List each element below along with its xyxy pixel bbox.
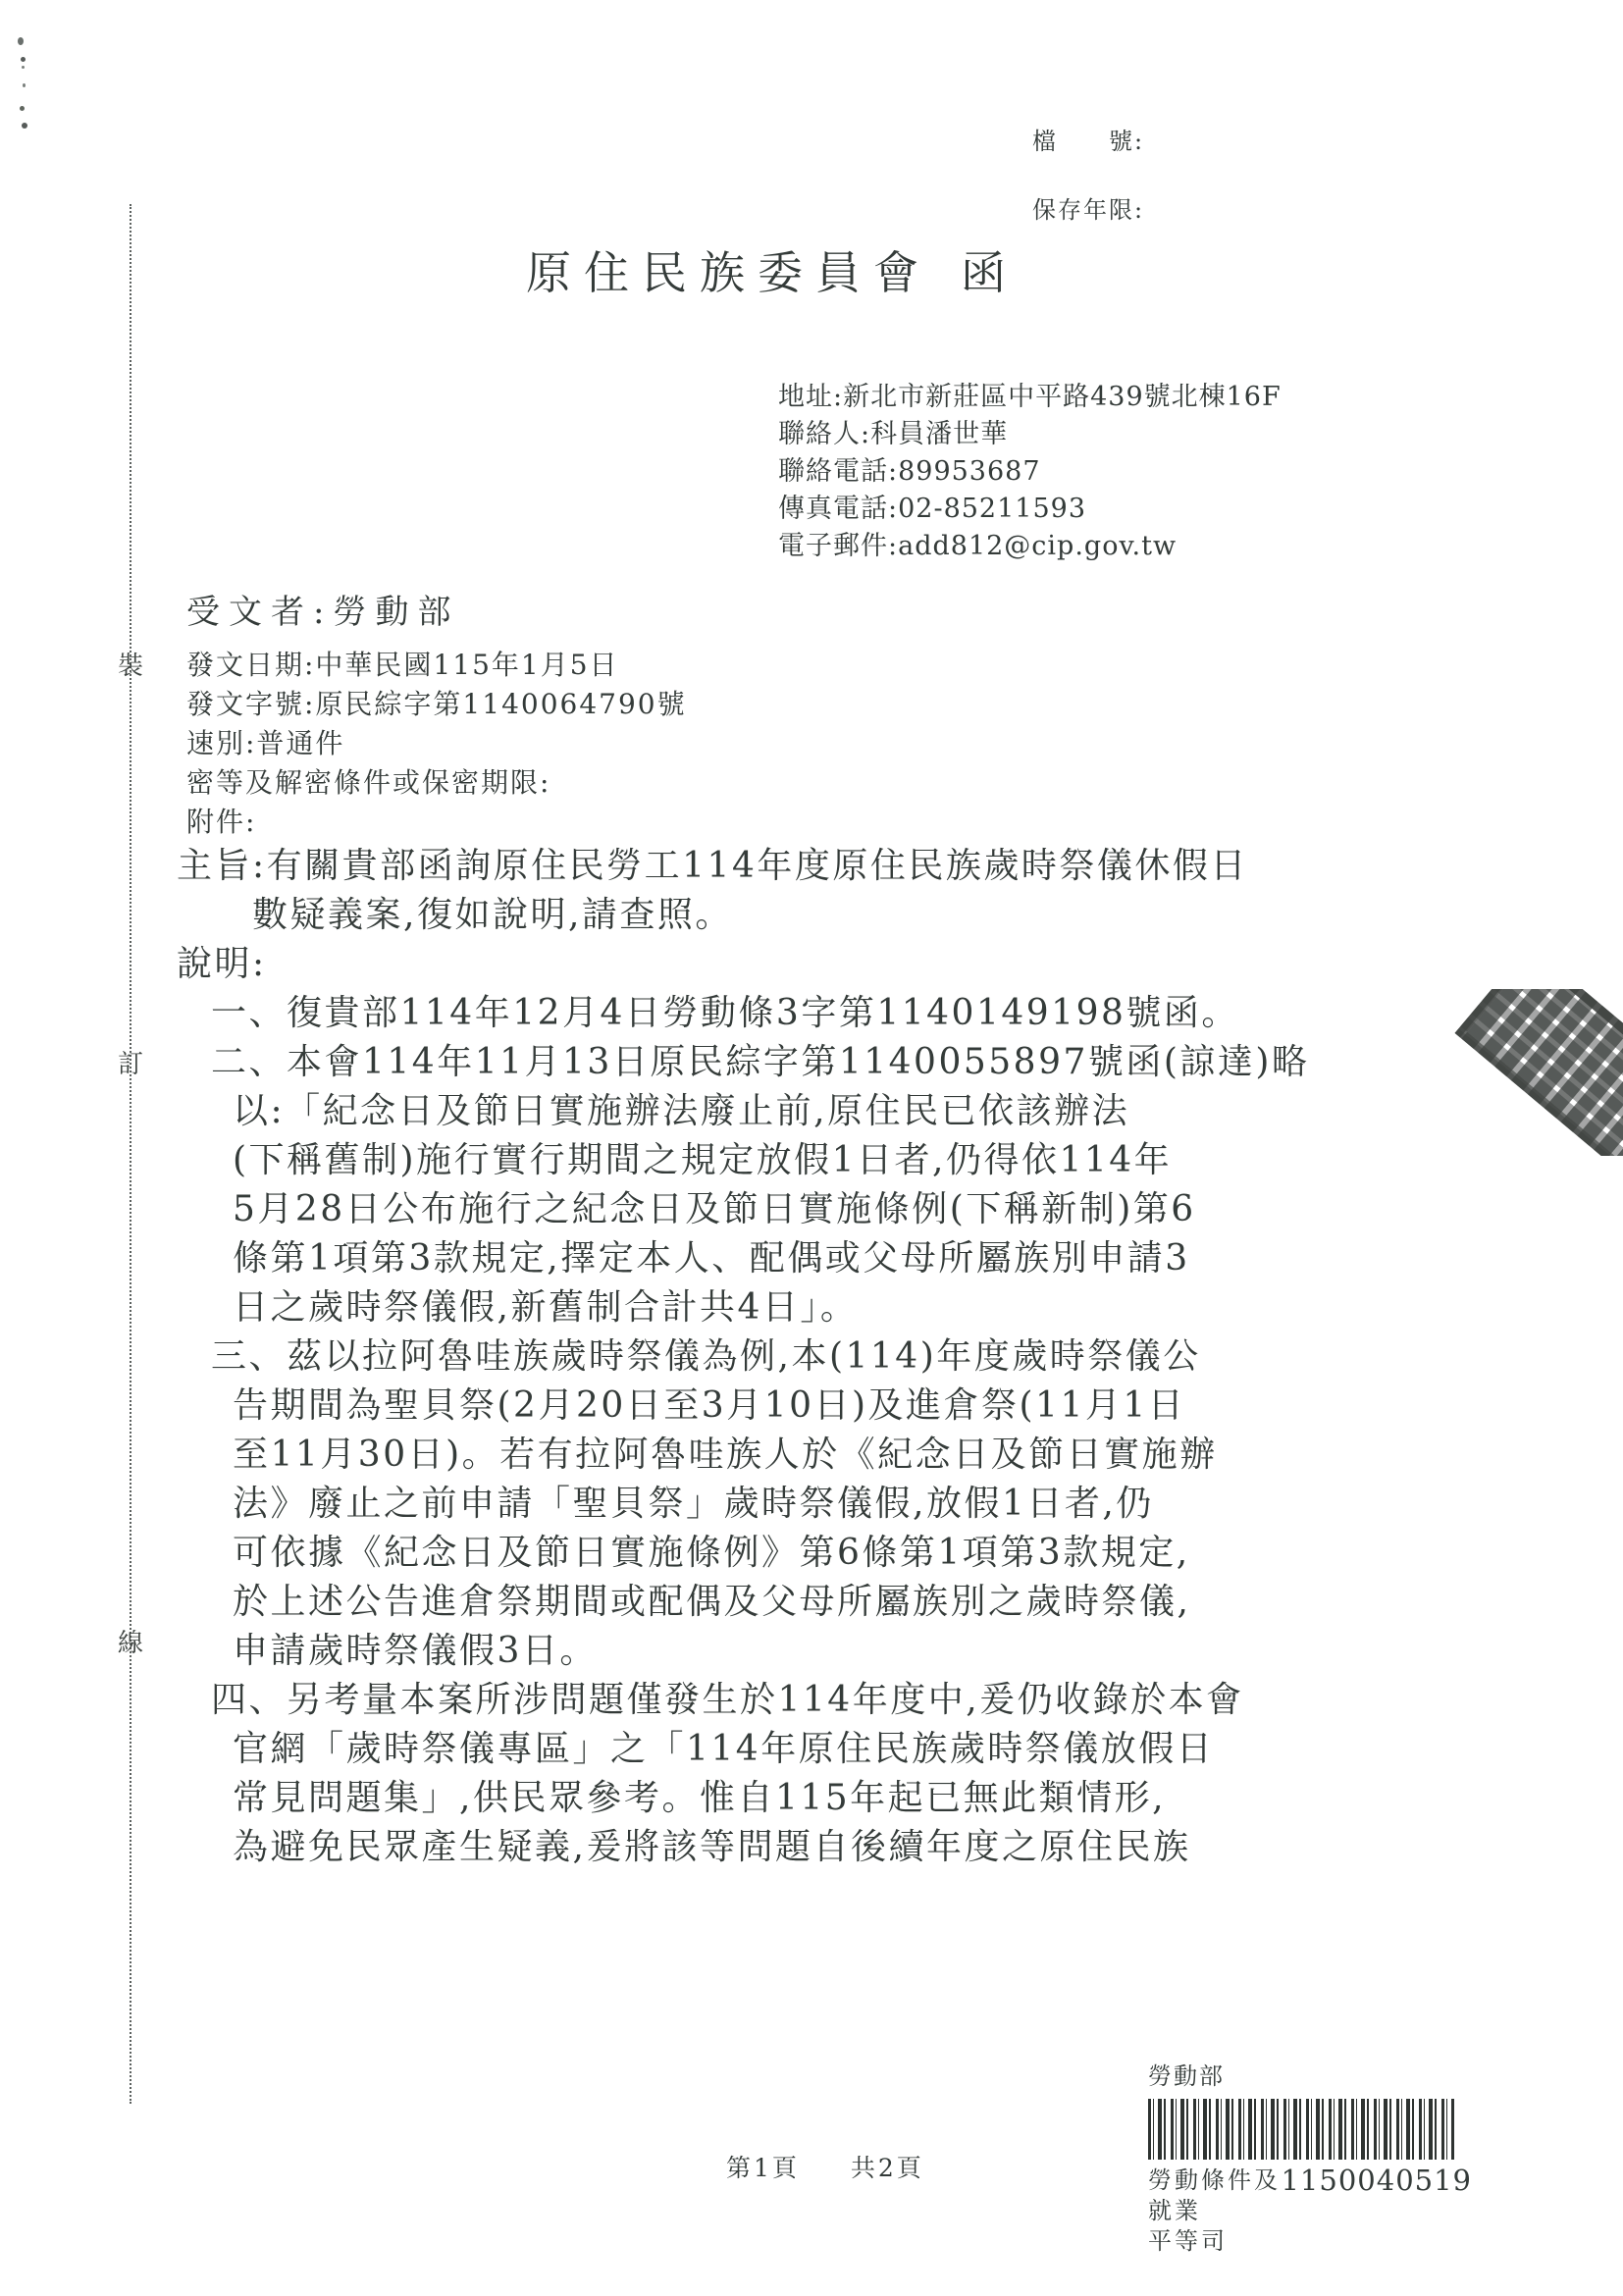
recipient-line: 受文者:勞動部 (186, 585, 459, 633)
document-meta-block: 發文日期:中華民國115年1月5日發文字號:原民綜字第1140064790號速別… (186, 646, 687, 842)
body-line: 說明: (0, 940, 1623, 989)
scan-speck (23, 83, 26, 87)
agency-name: 原住民族委員會 (526, 246, 931, 299)
binding-mark-ding: 訂 (110, 1044, 151, 1080)
body-line: 官網「歲時祭儀專區」之「114年原住民族歲時祭儀放假日 (0, 1725, 1623, 1774)
body-line: 二、本會114年11月13日原民綜字第1140055897號函(諒達)略 (0, 1038, 1623, 1087)
scan-speck (20, 106, 25, 111)
scan-speck (22, 66, 25, 69)
body-line: 至11月30日)。若有拉阿魯哇族人於《紀念日及節日實施辦 (0, 1431, 1623, 1480)
body-line: 以:「紀念日及節日實施辦法廢止前,原住民已依該辦法 (0, 1087, 1623, 1136)
page-number: 第1頁 (726, 2154, 800, 2182)
contact-line: 傳真電話:02-85211593 (778, 491, 1282, 528)
page-footer: 第1頁共2頁 (726, 2149, 924, 2184)
binding-mark-zhuang: 裝 (110, 646, 151, 682)
scan-speck (22, 123, 27, 129)
file-number-label: 檔 號: (1032, 122, 1144, 156)
recipient-label: 受文者: (186, 593, 333, 632)
body-line: (下稱舊制)施行實行期間之規定放假1日者,仍得依114年 (0, 1136, 1623, 1185)
document-type: 函 (961, 246, 1019, 299)
delivery-barcode-block: 勞動部 勞動條件及就業 平等司 1150040519 (1148, 2057, 1472, 2257)
meta-line: 發文日期:中華民國115年1月5日 (186, 646, 687, 685)
body-line: 於上述公告進倉祭期間或配偶及父母所屬族別之歲時祭儀, (0, 1578, 1623, 1627)
body-line: 條第1項第3款規定,擇定本人、配偶或父母所屬族別申請3 (0, 1234, 1623, 1283)
page-total: 共2頁 (851, 2154, 924, 2182)
barcode-caption-row: 勞動條件及就業 平等司 1150040519 (1148, 2166, 1472, 2257)
meta-line: 速別:普通件 (186, 724, 687, 763)
body-line: 申請歲時祭儀假3日。 (0, 1627, 1623, 1676)
body-line: 四、另考量本案所涉問題僅發生於114年度中,爰仍收錄於本會 (0, 1676, 1623, 1725)
archive-corner-labels: 檔 號: 保存年限: (1032, 122, 1144, 259)
body-line: 常見問題集」,供民眾參考。惟自115年起已無此類情形, (0, 1774, 1623, 1823)
department-line-2: 平等司 (1148, 2226, 1281, 2257)
meta-line: 發文字號:原民綜字第1140064790號 (186, 685, 687, 724)
document-body: 主旨:有關貴部函詢原住民勞工114年度原住民族歲時祭儀休假日數疑義案,復如說明,… (0, 842, 1623, 1872)
recipient-value: 勞動部 (333, 593, 459, 632)
department-line-1: 勞動條件及就業 (1148, 2166, 1281, 2226)
body-line: 告期間為聖貝祭(2月20日至3月10日)及進倉祭(11月1日 (0, 1382, 1623, 1431)
body-line: 三、茲以拉阿魯哇族歲時祭儀為例,本(114)年度歲時祭儀公 (0, 1332, 1623, 1382)
scan-speck (21, 57, 26, 62)
body-line: 法》廢止之前申請「聖貝祭」歲時祭儀假,放假1日者,仍 (0, 1480, 1623, 1529)
barcode-number: 1150040519 (1281, 2166, 1472, 2257)
scan-speck (18, 37, 24, 45)
barcode-department: 勞動條件及就業 平等司 (1148, 2166, 1281, 2257)
barcode-addressee: 勞動部 (1148, 2057, 1472, 2091)
body-line: 主旨:有關貴部函詢原住民勞工114年度原住民族歲時祭儀休假日 (0, 842, 1623, 891)
meta-line: 密等及解密條件或保密期限: (186, 763, 687, 803)
document-title: 原住民族委員會函 (526, 237, 1019, 302)
contact-line: 聯絡人:科員潘世華 (778, 416, 1282, 453)
retention-period-label: 保存年限: (1032, 190, 1144, 225)
contact-line: 地址:新北市新莊區中平路439號北棟16F (778, 379, 1282, 416)
barcode-icon (1148, 2099, 1454, 2160)
contact-line: 電子郵件:add812@cip.gov.tw (778, 528, 1282, 565)
meta-line: 附件: (186, 803, 687, 842)
contact-line: 聯絡電話:89953687 (778, 453, 1282, 491)
sender-contact-block: 地址:新北市新莊區中平路439號北棟16F聯絡人:科員潘世華聯絡電話:89953… (778, 379, 1282, 565)
body-line: 一、復貴部114年12月4日勞動條3字第1140149198號函。 (0, 989, 1623, 1038)
received-stamp-icon (1455, 989, 1623, 1156)
body-line: 日之歲時祭儀假,新舊制合計共4日」。 (0, 1283, 1623, 1332)
body-line: 5月28日公布施行之紀念日及節日實施條例(下稱新制)第6 (0, 1185, 1623, 1234)
body-line: 數疑義案,復如說明,請查照。 (0, 891, 1623, 940)
official-stamp-area (1452, 989, 1623, 1156)
scanned-official-letter-page: 檔 號: 保存年限: 原住民族委員會函 地址:新北市新莊區中平路439號北棟16… (0, 0, 1623, 2296)
body-line: 可依據《紀念日及節日實施條例》第6條第1項第3款規定, (0, 1529, 1623, 1578)
binding-mark-xian: 線 (110, 1623, 151, 1659)
binding-dotted-line (130, 204, 131, 2104)
body-line: 為避免民眾產生疑義,爰將該等問題自後續年度之原住民族 (0, 1823, 1623, 1872)
